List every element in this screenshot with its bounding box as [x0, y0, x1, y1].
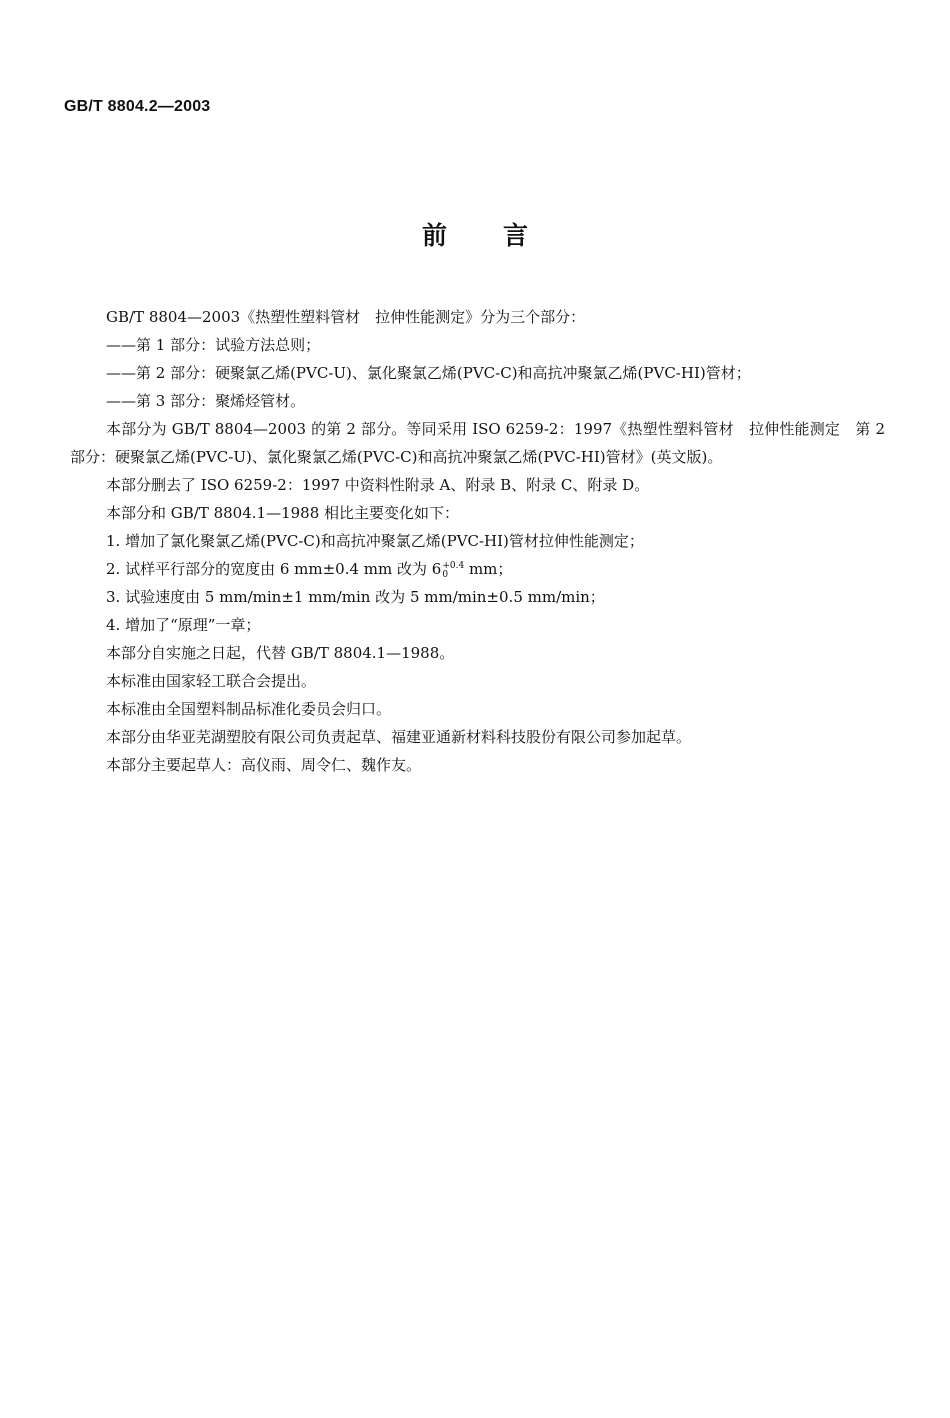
- tolerance-superscript: +0.40: [442, 562, 464, 580]
- paragraph-changes-intro: 本部分和 GB/T 8804.1—1988 相比主要变化如下：: [70, 499, 885, 527]
- change-item-2-text: 2. 试样平行部分的宽度由 6 mm±0.4 mm 改为 6: [106, 560, 441, 578]
- change-item-2: 2. 试样平行部分的宽度由 6 mm±0.4 mm 改为 6+0.40 mm；: [70, 555, 885, 583]
- paragraph-deleted-annexes: 本部分删去了 ISO 6259-2：1997 中资料性附录 A、附录 B、附录 …: [70, 471, 885, 499]
- paragraph-drafted-by: 本部分由华亚芜湖塑胶有限公司负责起草、福建亚通新材料科技股份有限公司参加起草。: [70, 723, 885, 751]
- change-item-4: 4. 增加了“原理”一章；: [70, 611, 885, 639]
- list-item-part-1: ——第 1 部分：试验方法总则；: [70, 331, 885, 359]
- paragraph-parts-intro: GB/T 8804—2003《热塑性塑料管材 拉伸性能测定》分为三个部分：: [70, 303, 885, 331]
- list-item-part-2: ——第 2 部分：硬聚氯乙烯(PVC-U)、氯化聚氯乙烯(PVC-C)和高抗冲聚…: [70, 359, 885, 387]
- change-item-2-unit: mm；: [464, 560, 512, 578]
- paragraph-replaces: 本部分自实施之日起，代替 GB/T 8804.1—1988。: [70, 639, 885, 667]
- page-title: 前言: [0, 216, 950, 252]
- change-item-1: 1. 增加了氯化聚氯乙烯(PVC-C)和高抗冲聚氯乙烯(PVC-HI)管材拉伸性…: [70, 527, 885, 555]
- list-item-part-3: ——第 3 部分：聚烯烃管材。: [70, 387, 885, 415]
- title-char-2: 言: [503, 216, 528, 252]
- change-item-3: 3. 试验速度由 5 mm/min±1 mm/min 改为 5 mm/min±0…: [70, 583, 885, 611]
- paragraph-proposed-by: 本标准由国家轻工联合会提出。: [70, 667, 885, 695]
- standard-code-header: GB/T 8804.2—2003: [64, 98, 210, 116]
- paragraph-centralized-by: 本标准由全国塑料制品标准化委员会归口。: [70, 695, 885, 723]
- title-char-1: 前: [422, 216, 447, 252]
- paragraph-equivalence: 本部分为 GB/T 8804—2003 的第 2 部分。等同采用 ISO 625…: [70, 415, 885, 471]
- foreword-body: GB/T 8804—2003《热塑性塑料管材 拉伸性能测定》分为三个部分： ——…: [70, 303, 885, 779]
- tolerance-lower: 0: [442, 571, 464, 580]
- paragraph-drafters: 本部分主要起草人：高仪雨、周令仁、魏作友。: [70, 751, 885, 779]
